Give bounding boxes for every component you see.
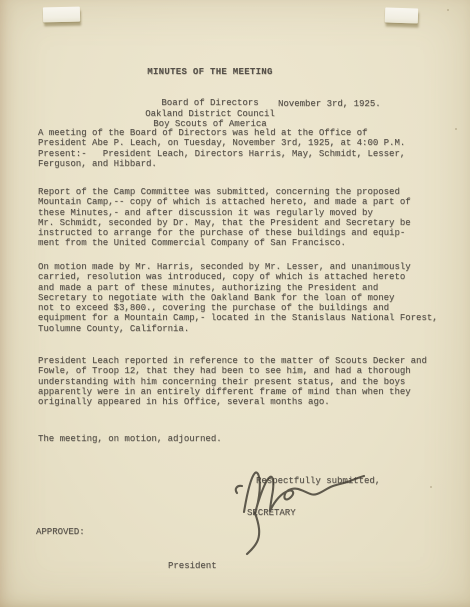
president-signature-label: President [168, 561, 217, 571]
document-title: MINUTES OF THE MEETING [95, 67, 325, 77]
paragraph-attendance: A meeting of the Board of Directors was … [38, 128, 405, 169]
dust-speck [430, 486, 432, 488]
paragraph-camp-report: Report of the Camp Committee was submitt… [38, 187, 411, 249]
approved-label: APPROVED: [36, 527, 85, 537]
paragraph-scouts: President Leach reported in reference to… [38, 356, 427, 407]
document-page: MINUTES OF THE MEETING Board of Director… [0, 0, 470, 607]
secretary-label: SECRETARY [247, 508, 296, 518]
paragraph-resolution: On motion made by Mr. Harris, seconded b… [38, 262, 438, 334]
date-line: November 3rd, 1925. [278, 99, 381, 109]
paper-tab-right [385, 7, 419, 23]
paper-tab-left [43, 7, 80, 23]
dust-speck [447, 9, 449, 11]
closing-line: The meeting, on motion, adjourned. [38, 434, 222, 444]
dust-speck [455, 128, 457, 130]
